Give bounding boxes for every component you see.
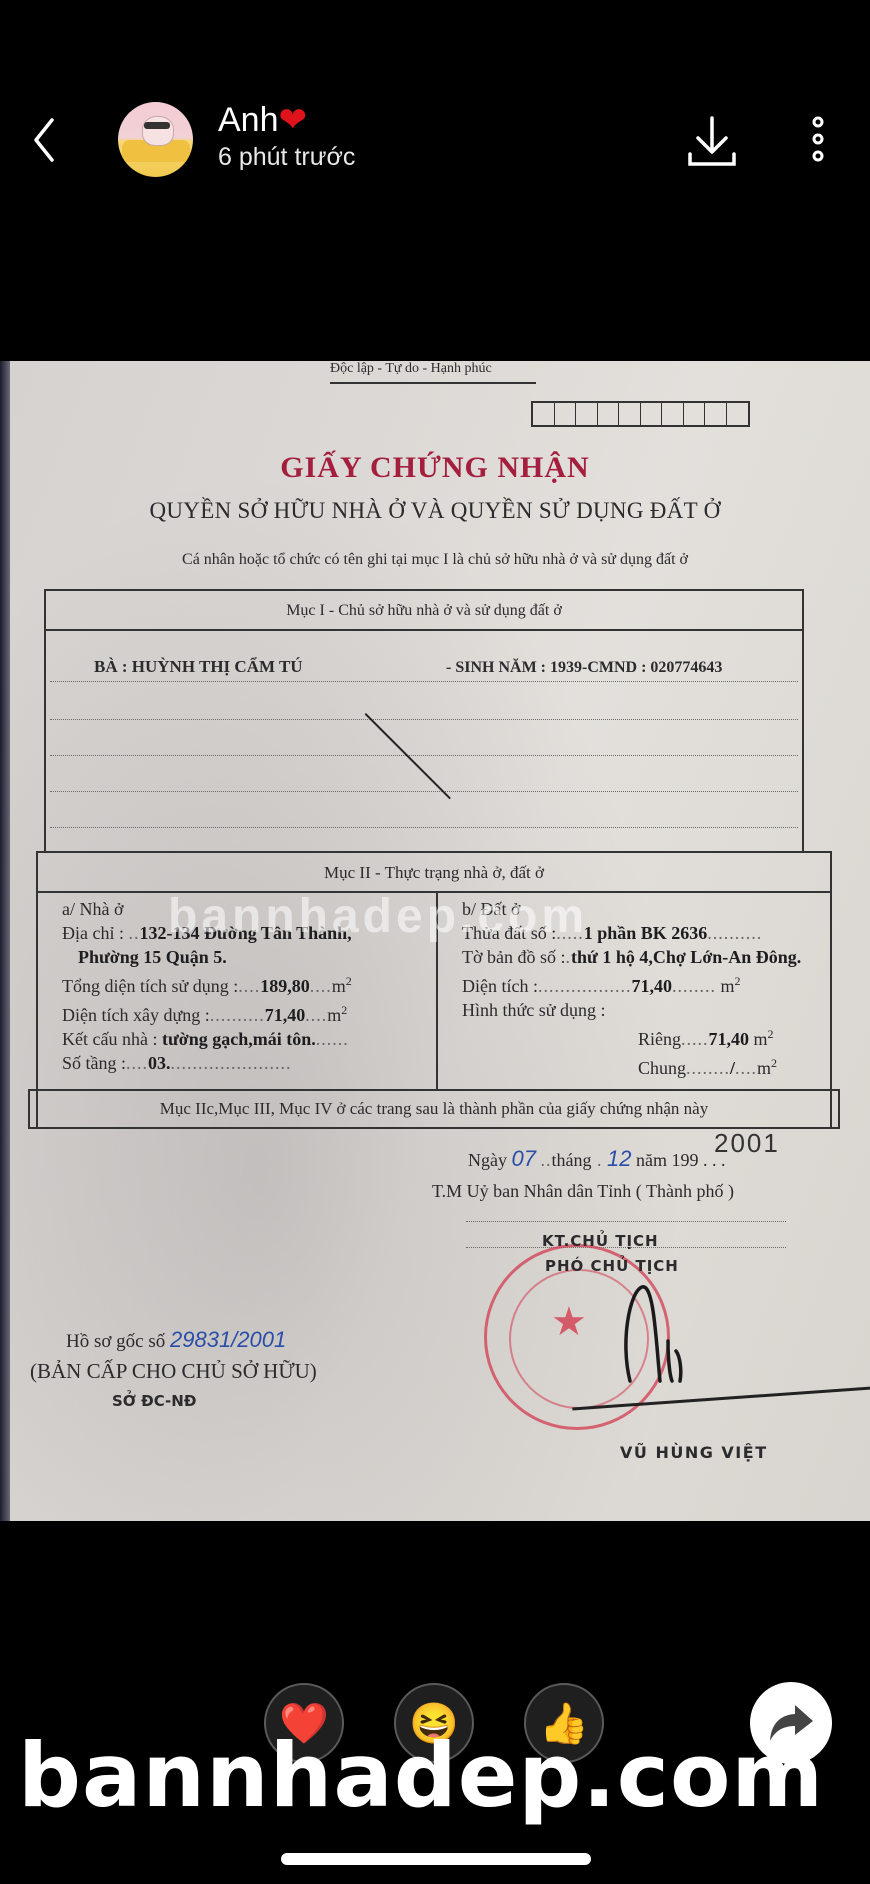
map-value: thứ 1 hộ 4,Chợ Lớn-An Đông. — [571, 947, 801, 967]
copy-note: (BẢN CẤP CHO CHỦ SỞ HỮU) — [30, 1359, 317, 1384]
parcel-value: 1 phần BK 2636 — [584, 923, 708, 943]
dotted-line — [50, 791, 798, 792]
owner-details: - SINH NĂM : 1939-CMND : 020774643 — [446, 659, 722, 677]
chevron-left-icon — [30, 112, 62, 168]
document-title: GIẤY CHỨNG NHẬN — [0, 451, 870, 485]
back-button[interactable] — [30, 112, 62, 168]
dotted-line — [466, 1221, 786, 1222]
section-footnote: Mục IIc,Mục III, Mục IV ở các trang sau … — [28, 1089, 840, 1129]
document-photo[interactable]: Độc lập - Tự do - Hạnh phúc GIẤY CHỨNG N… — [0, 361, 870, 1521]
avatar[interactable] — [118, 102, 193, 177]
address-row-2: Phường 15 Quận 5. — [62, 945, 434, 969]
serial-box — [555, 403, 577, 425]
total-area-row: Tổng diện tích sử dụng :....189,80....m2 — [62, 969, 434, 998]
serial-box — [576, 403, 598, 425]
serial-box — [727, 403, 749, 425]
usage-label: Hình thức sử dụng : — [462, 998, 842, 1022]
floors-value: 03. — [148, 1053, 171, 1073]
shared-row: Chung......../....m2 — [462, 1051, 842, 1080]
section-owner-heading: Mục I - Chủ sở hữu nhà ở và sử dụng đất … — [46, 591, 802, 631]
user-name[interactable]: Anh❤ — [218, 100, 307, 140]
dotted-line — [50, 681, 798, 682]
land-area-row: Diện tích :.................71,40.......… — [462, 969, 842, 998]
download-icon — [686, 114, 738, 170]
issue-month: 12 — [607, 1146, 631, 1171]
structure-value: tường gạch,mái tôn. — [162, 1029, 316, 1049]
user-name-text: Anh — [218, 101, 279, 139]
dotted-line — [50, 827, 798, 828]
overlay-watermark: bannhadep.com — [168, 889, 588, 944]
home-indicator[interactable] — [281, 1853, 591, 1865]
motto: Độc lập - Tự do - Hạnh phúc — [330, 361, 492, 377]
land-area-value: 71,40 — [631, 976, 672, 996]
address-line2: Phường 15 Quận 5. — [78, 947, 227, 967]
serial-box — [598, 403, 620, 425]
section-property-heading: Mục II - Thực trạng nhà ở, đất ở — [38, 853, 830, 893]
built-area-value: 71,40 — [265, 1005, 306, 1025]
avatar-pig-shape — [142, 116, 174, 146]
built-area-row: Diện tích xây dựng :..........71,40....m… — [62, 998, 434, 1027]
record-number: 29831/2001 — [170, 1327, 286, 1352]
department: SỞ ĐC-NĐ — [112, 1392, 196, 1410]
story-header: Anh❤ 6 phút trước — [0, 0, 870, 360]
issue-day: 07 — [512, 1146, 536, 1171]
serial-number-boxes — [531, 401, 750, 427]
document-intro: Cá nhân hoặc tổ chức có tên ghi tại mục … — [0, 551, 870, 569]
serial-box — [684, 403, 706, 425]
total-area-value: 189,80 — [260, 976, 310, 996]
avatar-glasses-shape — [144, 122, 170, 129]
motto-underline — [330, 382, 536, 384]
more-vertical-icon — [808, 116, 828, 162]
dotted-line — [50, 755, 798, 756]
issue-date: Ngày 07 ..tháng . 12 năm 199 . . . — [468, 1146, 725, 1172]
private-area-value: 71,40 — [709, 1029, 750, 1049]
section-owner: Mục I - Chủ sở hữu nhà ở và sử dụng đất … — [44, 589, 804, 851]
sign-title-2: PHÓ CHỦ TỊCH — [545, 1257, 679, 1275]
document-subtitle: QUYỀN SỞ HỮU NHÀ Ở VÀ QUYỀN SỬ DỤNG ĐẤT … — [0, 498, 870, 524]
serial-box — [705, 403, 727, 425]
signer-name: VŨ HÙNG VIỆT — [620, 1443, 768, 1462]
dotted-line — [50, 719, 798, 720]
owner-name: BÀ : HUỲNH THỊ CẨM TÚ — [94, 657, 303, 677]
cancel-slash-line — [365, 713, 451, 799]
star-icon: ★ — [551, 1299, 587, 1345]
serial-box — [662, 403, 684, 425]
bottom-watermark: bannhadep.com — [18, 1726, 824, 1826]
sign-title-1: KT.CHỦ TỊCH — [542, 1232, 659, 1250]
map-row: Tờ bản đồ số :.thứ 1 hộ 4,Chợ Lớn-An Đôn… — [462, 945, 842, 969]
heart-icon: ❤ — [279, 101, 308, 139]
serial-box — [619, 403, 641, 425]
private-row: Riêng.....71,40 m2 — [462, 1022, 842, 1051]
floors-row: Số tầng :....03....................... — [62, 1051, 434, 1075]
signature — [610, 1281, 700, 1391]
serial-box — [533, 403, 555, 425]
record-number-row: Hồ sơ gốc số 29831/2001 — [66, 1327, 286, 1353]
serial-box — [641, 403, 663, 425]
structure-row: Kết cấu nhà : tường gạch,mái tôn....... — [62, 1027, 434, 1051]
committee-label: T.M Uỷ ban Nhân dân Tỉnh ( Thành phố ) — [432, 1181, 734, 1202]
download-button[interactable] — [686, 114, 738, 170]
post-time: 6 phút trước — [218, 142, 355, 172]
more-options-button[interactable] — [808, 116, 828, 162]
